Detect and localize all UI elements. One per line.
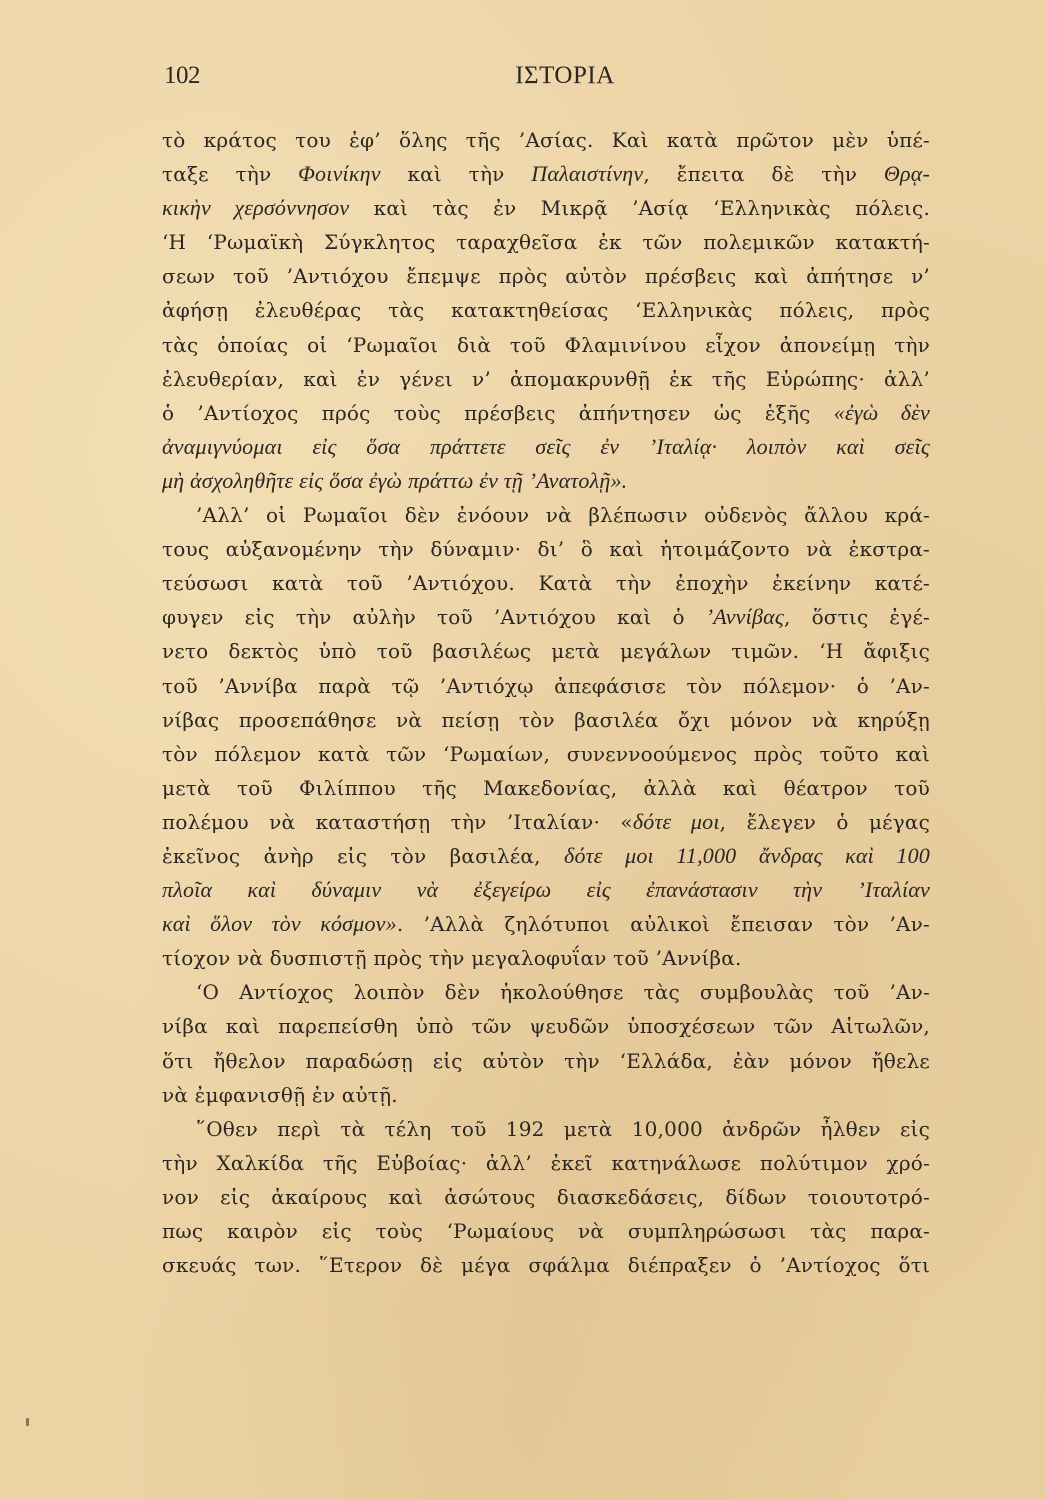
text-line: μὴ ἀσχοληθῆτε εἰς ὅσα ἐγὼ πράττω ἐν τῇ ’…: [162, 464, 930, 498]
text-segment: ‘Ο Αντίοχος λοιπὸν δὲν ἠκολούθησε τὰς συ…: [196, 980, 930, 1004]
text-line: ‘Ο Αντίοχος λοιπὸν δὲν ἠκολούθησε τὰς συ…: [162, 975, 930, 1009]
text-segment: μετὰ τοῦ Φιλίππου τῆς Μακεδονίας, ἀλλὰ κ…: [162, 776, 930, 800]
text-segment: ταξε τὴν: [162, 162, 298, 186]
text-line: ἀναμιγνύομαι εἰς ὅσα πράττετε σεῖς ἐν ’Ι…: [162, 430, 930, 464]
text-segment: σκευάς των. ῞Ετερον δὲ μέγα σφάλμα διέπρ…: [162, 1253, 930, 1277]
italic-segment: μὴ ἀσχοληθῆτε εἰς ὅσα ἐγὼ πράττω ἐν τῇ ’…: [162, 468, 627, 493]
italic-segment: καὶ ὅλον τὸν κόσμον»: [162, 911, 397, 936]
text-segment: ἀφήσῃ ἐλευθέρας τὰς κατακτηθείσας ‘Ελλην…: [162, 298, 930, 322]
text-line: μετὰ τοῦ Φιλίππου τῆς Μακεδονίας, ἀλλὰ κ…: [162, 771, 930, 805]
text-line: τεύσωσι κατὰ τοῦ ’Αντιόχου. Κατὰ τὴν ἐπο…: [162, 566, 930, 600]
italic-segment: δότε μοι 11,000 ἄνδρας καὶ 100: [564, 843, 930, 868]
text-line: καὶ ὅλον τὸν κόσμον». ’Αλλὰ ζηλότυποι αὐ…: [162, 907, 930, 941]
text-segment: τὸ κράτος του ἐφ’ ὅλης τῆς ’Ασίας. Καὶ κ…: [162, 128, 930, 152]
text-line: πως καιρὸν εἰς τοὺς ‘Ρωμαίους νὰ συμπληρ…: [162, 1214, 930, 1248]
text-segment: νετο δεκτὸς ὑπὸ τοῦ βασιλέως μετὰ μεγάλω…: [162, 639, 930, 663]
text-segment: ὁ ’Αντίοχος πρός τοὺς πρέσβεις ἀπήντησεν…: [162, 401, 834, 425]
text-line: ἀφήσῃ ἐλευθέρας τὰς κατακτηθείσας ‘Ελλην…: [162, 293, 930, 327]
text-line: ἐκεῖνος ἀνὴρ εἰς τὸν βασιλέα, δότε μοι 1…: [162, 839, 930, 873]
text-line: ταξε τὴν Φοινίκην καὶ τὴν Παλαιστίνην, ἔ…: [162, 157, 930, 191]
italic-segment: «ἐγὼ δὲν: [834, 400, 930, 425]
italic-segment: κικὴν χερσόννησον: [162, 195, 349, 220]
text-line: ῞Οθεν περὶ τὰ τέλη τοῦ 192 μετὰ 10,000 ἀ…: [162, 1112, 930, 1146]
italic-segment: δότε μοι: [633, 809, 720, 834]
text-line: φυγεν εἰς τὴν αὐλὴν τοῦ ’Αντιόχου καὶ ὁ …: [162, 600, 930, 634]
text-line: τοῦ ’Αννίβα παρὰ τῷ ’Αντιόχῳ ἀπεφάσισε τ…: [162, 669, 930, 703]
text-segment: πως καιρὸν εἰς τοὺς ‘Ρωμαίους νὰ συμπληρ…: [162, 1219, 930, 1243]
text-segment: ’Αλλ’ οἱ Ρωμαῖοι δὲν ἐνόουν νὰ βλέπωσιν …: [196, 503, 930, 527]
text-line: νὰ ἐμφανισθῇ ἐν αὐτῇ.: [162, 1078, 930, 1112]
text-segment: , ὅστις ἐγέ-: [784, 605, 930, 629]
text-line: νον εἰς ἀκαίρους καὶ ἀσώτους διασκεδάσει…: [162, 1180, 930, 1214]
text-line: ὁ ’Αντίοχος πρός τοὺς πρέσβεις ἀπήντησεν…: [162, 396, 930, 430]
text-segment: τους αὐξανομένην τὴν δύναμιν· δι’ ὃ καὶ …: [162, 537, 930, 561]
text-line: τὰς ὁποίας οἱ ‘Ρωμαῖοι διὰ τοῦ Φλαμινίνο…: [162, 328, 930, 362]
italic-segment: ’Αννίβας: [706, 604, 784, 629]
text-segment: τίοχον νὰ δυσπιστῇ πρὸς τὴν μεγαλοφυΐαν …: [162, 946, 742, 970]
italic-segment: Παλαιστίνην: [531, 161, 643, 186]
text-line: τὸ κράτος του ἐφ’ ὅλης τῆς ’Ασίας. Καὶ κ…: [162, 123, 930, 157]
text-line: σκευάς των. ῞Ετερον δὲ μέγα σφάλμα διέπρ…: [162, 1248, 930, 1282]
text-segment: . ’Αλλὰ ζηλότυποι αὐλικοὶ ἔπεισαν τὸν ’Α…: [397, 912, 930, 936]
text-line: νίβα καὶ παρεπείσθη ὑπὸ τῶν ψευδῶν ὑποσχ…: [162, 1009, 930, 1043]
text-segment: ἐκεῖνος ἀνὴρ εἰς τὸν βασιλέα,: [162, 844, 564, 868]
text-segment: νον εἰς ἀκαίρους καὶ ἀσώτους διασκεδάσει…: [162, 1185, 930, 1209]
text-line: ‘Η ‘Ρωμαϊκὴ Σύγκλητος ταραχθεῖσα ἐκ τῶν …: [162, 225, 930, 259]
text-segment: ὅτι ἤθελον παραδώσῃ εἰς αὐτὸν τὴν ‘Ελλάδ…: [162, 1049, 930, 1073]
text-line: νετο δεκτὸς ὑπὸ τοῦ βασιλέως μετὰ μεγάλω…: [162, 634, 930, 668]
body-text: τὸ κράτος του ἐφ’ ὅλης τῆς ’Ασίας. Καὶ κ…: [162, 123, 930, 1282]
text-segment: τοῦ ’Αννίβα παρὰ τῷ ’Αντιόχῳ ἀπεφάσισε τ…: [162, 674, 930, 698]
text-segment: , ἔλεγεν ὁ μέγας: [720, 810, 930, 834]
text-segment: ‘Η ‘Ρωμαϊκὴ Σύγκλητος ταραχθεῖσα ἐκ τῶν …: [162, 230, 930, 254]
text-line: πλοῖα καὶ δύναμιν νὰ ἐξεγείρω εἰς ἐπανάσ…: [162, 873, 930, 907]
text-line: τους αὐξανομένην τὴν δύναμιν· δι’ ὃ καὶ …: [162, 532, 930, 566]
running-title: ΙΣΤΟΡΙΑ: [162, 62, 928, 90]
text-segment: φυγεν εἰς τὴν αὐλὴν τοῦ ’Αντιόχου καὶ ὁ: [162, 605, 706, 629]
text-line: ἐλευθερίαν, καὶ ἐν γένει ν’ ἀπομακρυνθῇ …: [162, 362, 930, 396]
text-segment: καὶ τὴν: [381, 162, 532, 186]
text-segment: νίβας προσεπάθησε νὰ πείσῃ τὸν βασιλέα ὄ…: [162, 708, 930, 732]
text-line: κικὴν χερσόννησον καὶ τὰς ἐν Μικρᾷ ’Ασίᾳ…: [162, 191, 930, 225]
italic-segment: Φοινίκην: [298, 161, 381, 186]
text-segment: τὴν Χαλκίδα τῆς Εὐβοίας· ἀλλ’ ἐκεῖ κατην…: [162, 1151, 930, 1175]
text-line: σεων τοῦ ’Αντιόχου ἔπεμψε πρὸς αὐτὸν πρέ…: [162, 259, 930, 293]
text-segment: σεων τοῦ ’Αντιόχου ἔπεμψε πρὸς αὐτὸν πρέ…: [162, 264, 930, 288]
text-segment: ῞Οθεν περὶ τὰ τέλη τοῦ 192 μετὰ 10,000 ἀ…: [196, 1117, 930, 1141]
text-segment: νὰ ἐμφανισθῇ ἐν αὐτῇ.: [162, 1083, 398, 1107]
text-segment: νίβα καὶ παρεπείσθη ὑπὸ τῶν ψευδῶν ὑποσχ…: [162, 1014, 930, 1038]
italic-segment: πλοῖα καὶ δύναμιν νὰ ἐξεγείρω εἰς ἐπανάσ…: [162, 877, 930, 902]
text-segment: καὶ τὰς ἐν Μικρᾷ ’Ασίᾳ ‘Ελληνικὰς πόλεις…: [349, 196, 930, 220]
ink-speck: [26, 1418, 29, 1426]
page-header: 102 ΙΣΤΟΡΙΑ: [162, 62, 928, 102]
text-segment: πολέμου νὰ καταστήσῃ τὴν ’Ιταλίαν· «: [162, 810, 633, 834]
text-segment: ἐλευθερίαν, καὶ ἐν γένει ν’ ἀπομακρυνθῇ …: [162, 367, 930, 391]
text-line: τίοχον νὰ δυσπιστῇ πρὸς τὴν μεγαλοφυΐαν …: [162, 941, 930, 975]
italic-segment: ἀναμιγνύομαι εἰς ὅσα πράττετε σεῖς ἐν ’Ι…: [162, 434, 930, 459]
text-segment: , ἔπειτα δὲ τὴν: [643, 162, 883, 186]
text-line: πολέμου νὰ καταστήσῃ τὴν ’Ιταλίαν· «δότε…: [162, 805, 930, 839]
text-line: νίβας προσεπάθησε νὰ πείσῃ τὸν βασιλέα ὄ…: [162, 703, 930, 737]
italic-segment: Θρᾳ-: [884, 161, 930, 186]
text-line: ’Αλλ’ οἱ Ρωμαῖοι δὲν ἐνόουν νὰ βλέπωσιν …: [162, 498, 930, 532]
text-line: τὸν πόλεμον κατὰ τῶν ‘Ρωμαίων, συνεννοού…: [162, 737, 930, 771]
text-segment: τεύσωσι κατὰ τοῦ ’Αντιόχου. Κατὰ τὴν ἐπο…: [162, 571, 930, 595]
text-line: τὴν Χαλκίδα τῆς Εὐβοίας· ἀλλ’ ἐκεῖ κατην…: [162, 1146, 930, 1180]
text-segment: τὰς ὁποίας οἱ ‘Ρωμαῖοι διὰ τοῦ Φλαμινίνο…: [162, 333, 930, 357]
text-line: ὅτι ἤθελον παραδώσῃ εἰς αὐτὸν τὴν ‘Ελλάδ…: [162, 1044, 930, 1078]
text-segment: τὸν πόλεμον κατὰ τῶν ‘Ρωμαίων, συνεννοού…: [162, 742, 930, 766]
